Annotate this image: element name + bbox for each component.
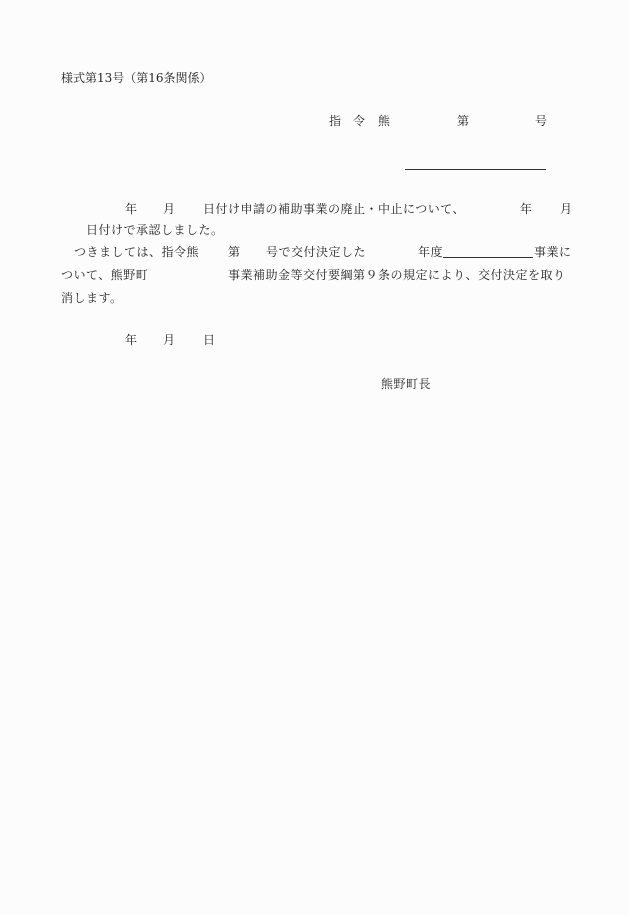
p2-project-name-blank <box>443 257 533 258</box>
p2-text-b: 号で交付決定した <box>266 245 366 259</box>
date-year-label: 年 <box>125 333 138 347</box>
order-number-dai: 第 <box>457 114 470 128</box>
p1-month-label: 月 <box>163 202 176 216</box>
document-page: 様式第13号（第16条関係） 指 令 熊 第 号 年 月 日付け申請の補助事業の… <box>0 0 630 915</box>
date-month-label: 月 <box>163 333 176 347</box>
signer-title: 熊野町長 <box>381 377 431 391</box>
form-id: 様式第13号（第16条関係） <box>61 71 212 85</box>
order-number-shi: 指 <box>329 114 342 128</box>
p2-fiscal-year-label: 年度 <box>418 245 443 259</box>
p2-dai: 第 <box>228 245 241 259</box>
order-number-prefix: 熊 <box>378 114 391 128</box>
p1-approval-text: 日付けで承認しました。 <box>86 223 224 237</box>
p2-line3: 消します。 <box>61 291 123 305</box>
p1-approval-month-label: 月 <box>560 202 573 216</box>
p2-project-suffix: 事業に <box>534 245 572 259</box>
addressee-blank-line <box>405 169 546 170</box>
date-day-label: 日 <box>203 333 216 347</box>
p1-approval-year-label: 年 <box>520 202 533 216</box>
p1-year-label: 年 <box>125 202 138 216</box>
p2-line2-b: 事業補助金等交付要綱第９条の規定により、交付決定を取り <box>228 268 566 282</box>
p2-text-a: つきましては、指令熊 <box>74 245 199 259</box>
order-number-go: 号 <box>535 114 548 128</box>
order-number-rei: 令 <box>353 114 366 128</box>
p1-body-text: 日付け申請の補助事業の廃止・中止について、 <box>203 202 465 216</box>
p2-line2-a: ついて、熊野町 <box>61 268 148 282</box>
